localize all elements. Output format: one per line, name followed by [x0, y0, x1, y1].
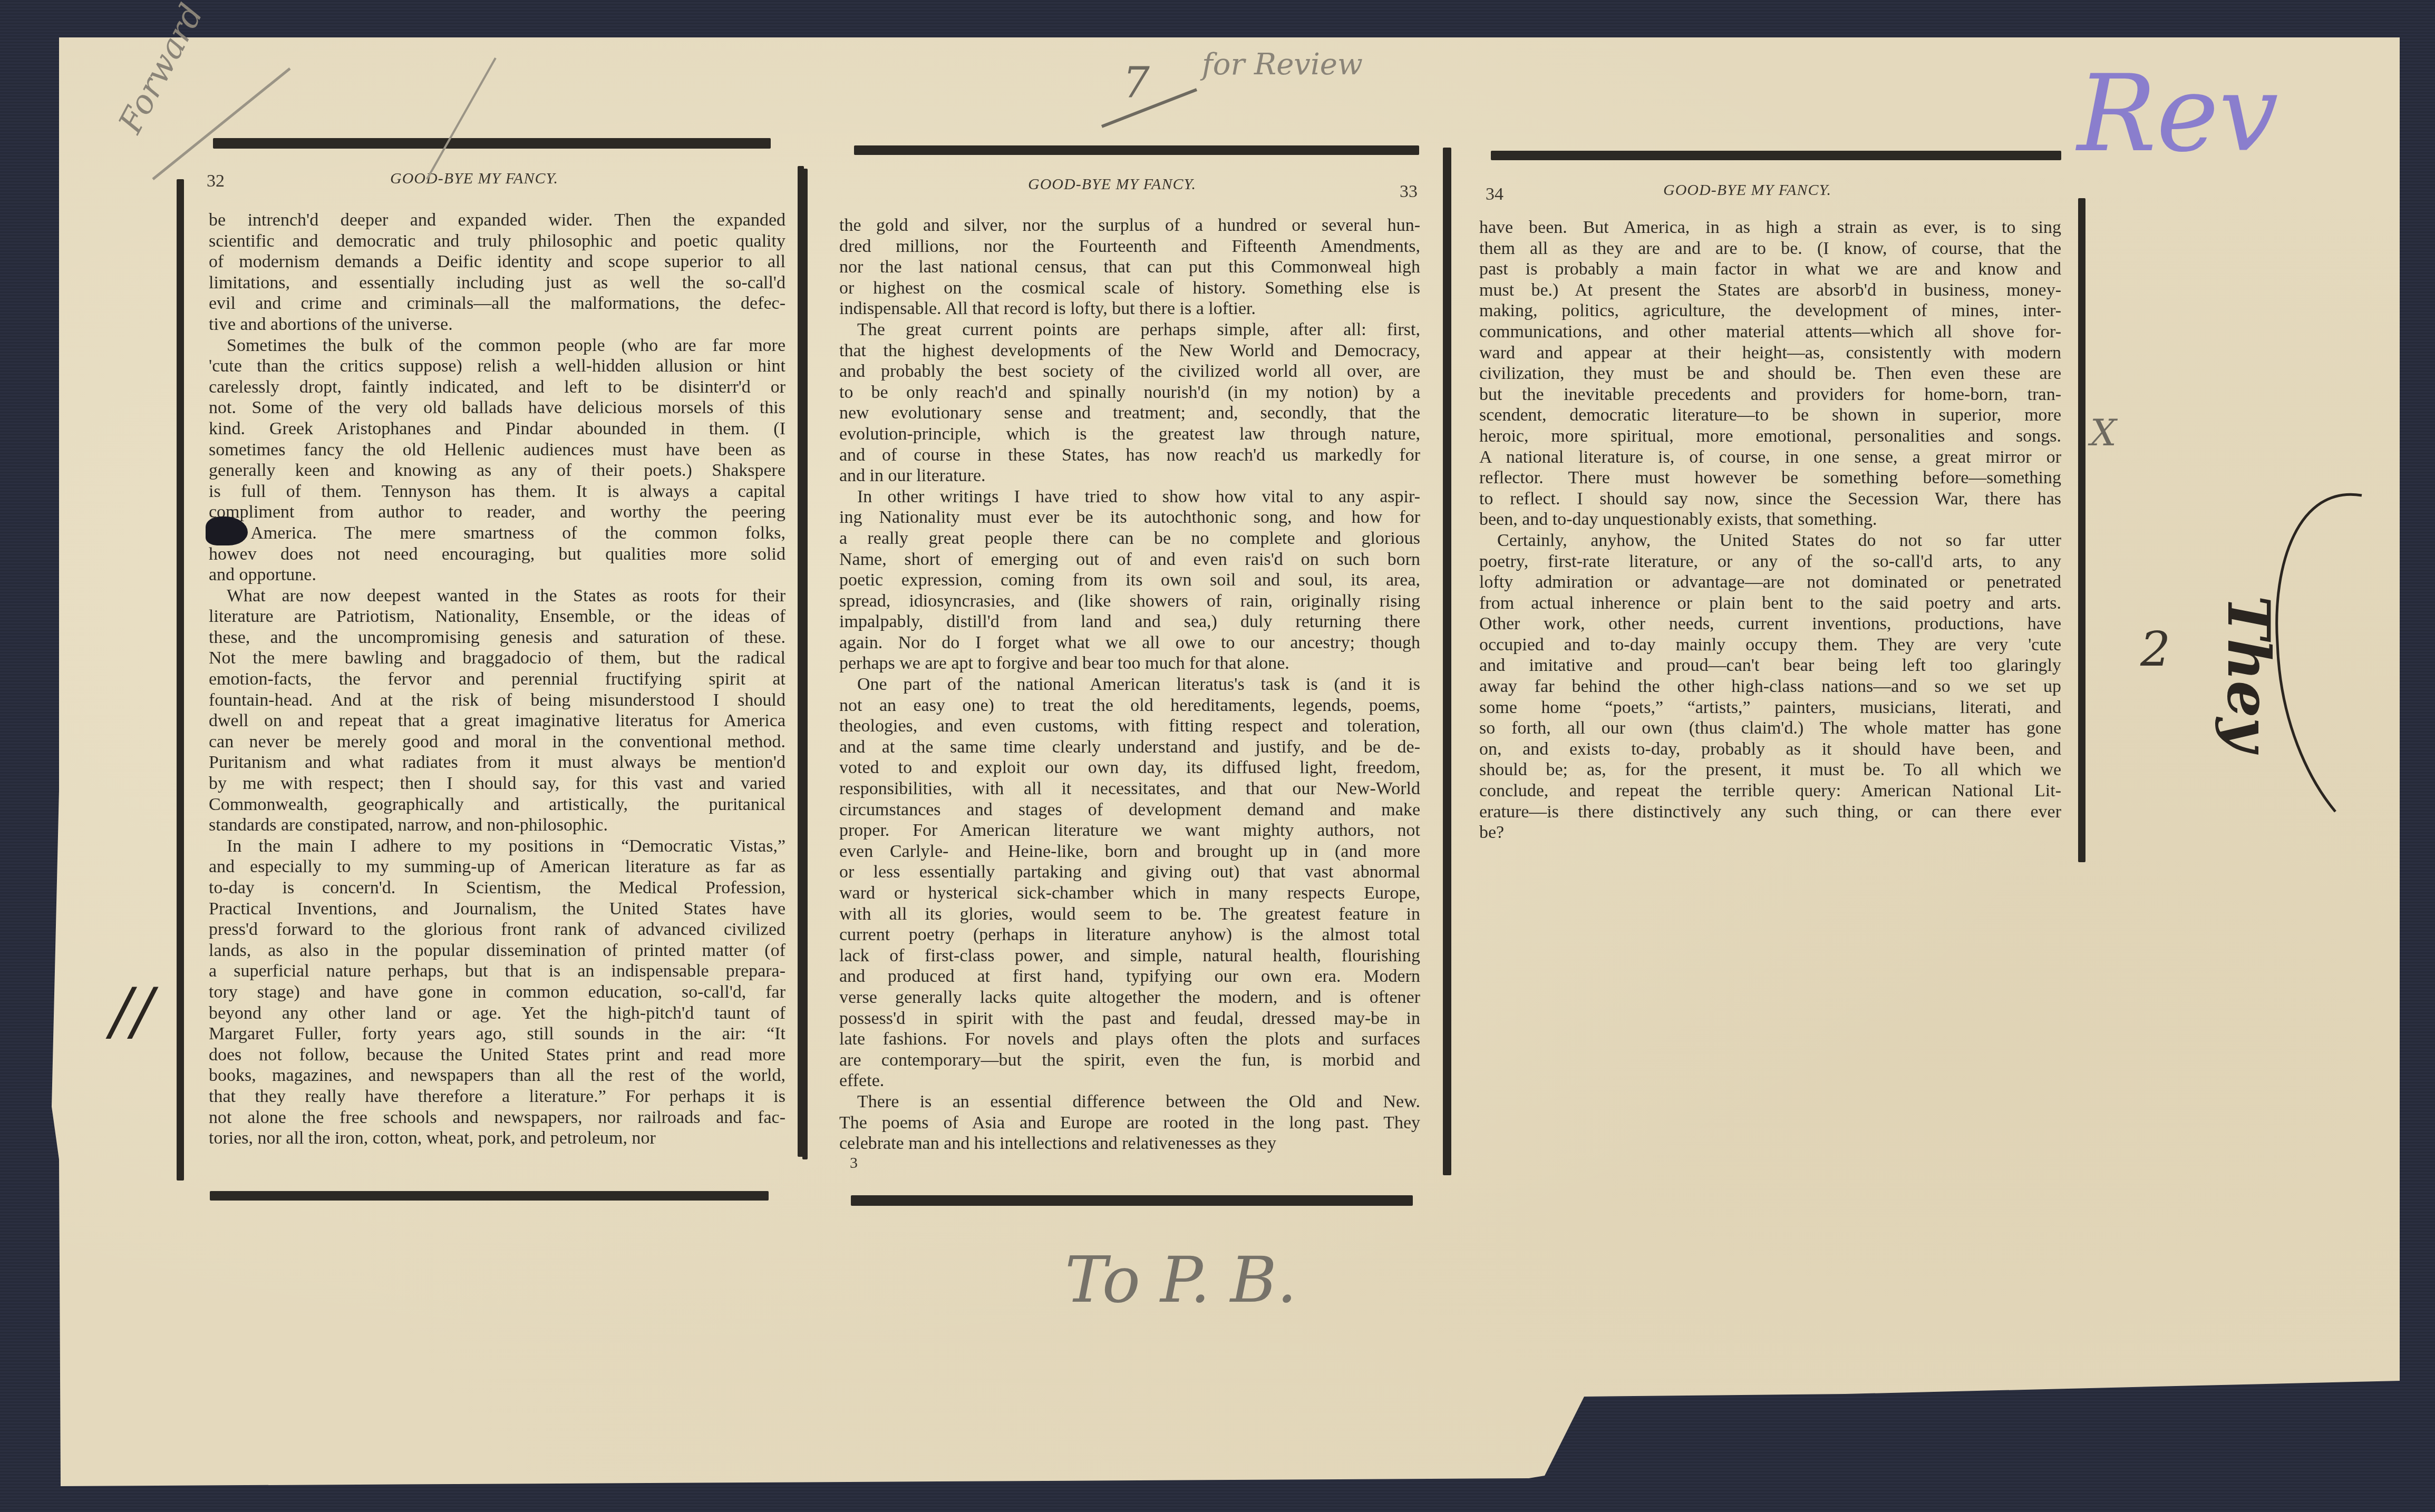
text-line: effete.: [839, 1070, 1420, 1091]
text-line: indispensable. All that record is lofty,…: [839, 298, 1420, 319]
text-line: to-day is concern'd. In Scientism, the M…: [209, 877, 785, 899]
text-line: generally keen and knowing as any of the…: [209, 460, 785, 481]
text-line: with all its glories, would seem to be. …: [839, 904, 1420, 925]
page-33-text: the gold and silver, nor the surplus of …: [839, 215, 1420, 1154]
text-line: been, and to-day unquestionably exists, …: [1479, 509, 2061, 530]
text-line: proper. For American literature we want …: [839, 820, 1420, 841]
text-line: tory stage) and have gone in common educ…: [209, 982, 785, 1003]
text-line: that the highest developments of the New…: [839, 340, 1420, 362]
paragraph: Certainly, anyhow, the United States do …: [1479, 530, 2061, 843]
text-line: howev does not need encouraging, but qua…: [209, 544, 785, 565]
text-line: and produced at first hand, typifying ou…: [839, 966, 1420, 987]
annotation-rev-blue: Rev: [2077, 53, 2278, 175]
text-line: not alone the free schools and newspaper…: [209, 1107, 785, 1128]
text-line: celebrate man and his intellections and …: [839, 1133, 1420, 1154]
text-line: In other writings I have tried to show h…: [839, 486, 1420, 508]
text-line: kind. Greek Aristophanes and Pindar abou…: [209, 418, 785, 440]
text-line: Margaret Fuller, forty years ago, still …: [209, 1023, 785, 1045]
text-line: tories, nor all the iron, cotton, wheat,…: [209, 1128, 785, 1149]
text-line: books, magazines, and newspapers than al…: [209, 1065, 785, 1086]
text-line: these, and the uncompromising genesis an…: [209, 627, 785, 648]
text-line: and probably the best society of the civ…: [839, 361, 1420, 382]
text-line: circumstances and stages of development …: [839, 799, 1420, 821]
text-line: 'cute than the critics suppose) relish a…: [209, 356, 785, 377]
text-line: the gold and silver, nor the surplus of …: [839, 215, 1420, 236]
text-line: Not the mere bawling and braggadocio of …: [209, 648, 785, 669]
text-line: press'd forward to the glorious front ra…: [209, 919, 785, 940]
rule-right-col3: [2078, 198, 2085, 862]
annotation-mark-2: 2: [2140, 622, 2170, 677]
text-line: heroic, more spiritual, more emotional, …: [1479, 426, 2061, 447]
text-line: conclude, and repeat the terrible query:…: [1479, 781, 2061, 802]
pencil-check-marks: [132, 47, 501, 184]
text-line: and at the same time clearly understand …: [839, 737, 1420, 758]
text-line: carelessly dropt, faintly indicated, and…: [209, 377, 785, 398]
text-line: and especially to my summing-up of Ameri…: [209, 856, 785, 877]
text-line: are contemporary—but the spirit, even th…: [839, 1050, 1420, 1071]
text-line: In the main I adhere to my positions in …: [209, 836, 785, 857]
text-line: dred millions, nor the Fourteenth and Fi…: [839, 236, 1420, 257]
text-line: and imitative and proud—can't bear being…: [1479, 655, 2061, 676]
text-line: tive and abortions of the universe.: [209, 314, 785, 335]
text-line: civilization, they must be and should be…: [1479, 363, 2061, 384]
text-line: emotion-facts, the fervor and perennial …: [209, 669, 785, 690]
text-line: some home “poets,” “artists,” painters, …: [1479, 697, 2061, 718]
rule-bottom-col2: [851, 1195, 1413, 1206]
text-line: sometimes fancy the old Hellenic audienc…: [209, 440, 785, 461]
text-line: current poetry (perhaps in literature an…: [839, 924, 1420, 945]
text-line: to reflect. I should say now, since the …: [1479, 489, 2061, 510]
text-line: even Carlyle- and Heine-like, born and b…: [839, 841, 1420, 862]
annotation-dash: [1097, 74, 1202, 132]
text-line: from actual inherence or plain bent to t…: [1479, 593, 2061, 614]
paragraph: In other writings I have tried to show h…: [839, 486, 1420, 674]
text-line: them all as they are and are to be. (I k…: [1479, 238, 2061, 259]
text-line: Sometimes the bulk of the common people …: [209, 335, 785, 356]
text-line: must be.) At present the States are abso…: [1479, 280, 2061, 301]
text-line: evolution-principle, which is the greate…: [839, 424, 1420, 445]
text-line: limitations, and essentially including j…: [209, 272, 785, 294]
text-line: ing Nationality must ever be its autocht…: [839, 507, 1420, 528]
text-line: perhaps we are apt to forgive and bear t…: [839, 653, 1420, 674]
text-line: impalpably, distill'd from land and sea,…: [839, 611, 1420, 632]
text-line: is full of them. Tennyson has them. It i…: [209, 481, 785, 502]
text-line: nor the last national census, that can p…: [839, 257, 1420, 278]
text-line: One part of the national American litera…: [839, 674, 1420, 695]
text-line: again. Nor do I forget what we all owe t…: [839, 632, 1420, 653]
text-line: occupied and to-day mainly occupy them. …: [1479, 635, 2061, 656]
text-line: away far behind the other high-class nat…: [1479, 676, 2061, 697]
annotation-to-pb: To P. B.: [1065, 1244, 1297, 1317]
text-line: lack of first-class power, and simple, n…: [839, 945, 1420, 967]
paragraph: There is an essential difference between…: [839, 1091, 1420, 1154]
text-line: evil and crime and criminals—all the mal…: [209, 293, 785, 314]
text-line: reflector. There must however be somethi…: [1479, 467, 2061, 489]
annotation-double-slash: //: [111, 975, 153, 1048]
paragraph: be intrench'd deeper and expanded wider.…: [209, 210, 785, 335]
text-line: should be; as, for the present, it must …: [1479, 759, 2061, 781]
text-line: ward or hysterical sick-chamber which in…: [839, 883, 1420, 904]
text-line: that they really have therefore a litera…: [209, 1086, 785, 1107]
text-line: scendent, democratic literature—to be sh…: [1479, 405, 2061, 426]
page-32-text: be intrench'd deeper and expanded wider.…: [209, 210, 785, 1149]
annotation-bracket: [2267, 485, 2372, 822]
text-line: lofty admiration or advantage—are not do…: [1479, 572, 2061, 593]
annotation-for-review: for Review: [1202, 47, 1363, 82]
paragraph: the gold and silver, nor the surplus of …: [839, 215, 1420, 319]
text-line: so forth, all our own (thus claim'd.) Th…: [1479, 718, 2061, 739]
text-line: Puritanism and what radiates from it mus…: [209, 752, 785, 773]
running-title-p33: GOOD-BYE MY FANCY.: [1028, 175, 1196, 193]
text-line: The poems of Asia and Europe are rooted …: [839, 1113, 1420, 1134]
text-line: verse generally lacks quite altogether t…: [839, 987, 1420, 1008]
text-line: standards are constipated, narrow, and n…: [209, 815, 785, 836]
text-line: voted to and exploit our own day, its di…: [839, 757, 1420, 778]
text-line: can never be merely good and moral in th…: [209, 731, 785, 753]
running-title-p34: GOOD-BYE MY FANCY.: [1663, 181, 1831, 199]
text-line: literature are Patriotism, Nationality, …: [209, 606, 785, 627]
rule-right-col2: [1443, 148, 1451, 1175]
text-line: Commonwealth, geographically and artisti…: [209, 794, 785, 815]
text-line: erature—is there distinctively any such …: [1479, 802, 2061, 823]
annotation-x-mark: X: [2090, 411, 2117, 454]
annotation-they: They: [2215, 596, 2283, 752]
text-line: What are now deepest wanted in the State…: [209, 586, 785, 607]
text-line: be?: [1479, 822, 2061, 843]
rule-left-col2: [798, 166, 804, 1157]
text-line: Certainly, anyhow, the United States do …: [1479, 530, 2061, 551]
text-line: possess'd in spirit with the past and fe…: [839, 1008, 1420, 1029]
paragraph: One part of the national American litera…: [839, 674, 1420, 1091]
text-line: new evolutionary sense and treatment; an…: [839, 403, 1420, 424]
text-line: late fashions. For novels and plays ofte…: [839, 1029, 1420, 1050]
text-line: The great current points are perhaps sim…: [839, 319, 1420, 340]
text-line: making, politics, agriculture, the devel…: [1479, 300, 2061, 321]
text-line: on, and exists to-day, probably as it sh…: [1479, 739, 2061, 760]
page-34-text: have been. But America, in as high a str…: [1479, 217, 2061, 843]
text-line: beyond any other land or age. Yet the hi…: [209, 1003, 785, 1024]
text-line: communications, and other material atten…: [1479, 321, 2061, 343]
text-line: poetic expression, coming from its own s…: [839, 570, 1420, 591]
text-line: a really great people there can be no co…: [839, 528, 1420, 549]
signature-mark: 3: [850, 1154, 858, 1172]
text-line: dwell on and repeat that a great imagina…: [209, 710, 785, 731]
rule-top-col2: [854, 145, 1419, 155]
text-line: responsibilities, with all it necessitat…: [839, 778, 1420, 799]
text-line: and of course in these States, has now r…: [839, 445, 1420, 466]
page-number-33: 33: [1400, 182, 1418, 202]
rule-bottom-col1: [210, 1191, 769, 1201]
paragraph: In the main I adhere to my positions in …: [209, 836, 785, 1149]
text-line: to be only reach'd and spinally nourish'…: [839, 382, 1420, 403]
text-line: lands, as also in the popular disseminat…: [209, 940, 785, 961]
text-line: have been. But America, in as high a str…: [1479, 217, 2061, 238]
text-line: does not follow, because the United Stat…: [209, 1045, 785, 1066]
text-line: compliment from author to reader, and wo…: [209, 502, 785, 523]
text-line: be intrench'd deeper and expanded wider.…: [209, 210, 785, 231]
paragraph: What are now deepest wanted in the State…: [209, 586, 785, 836]
text-line: of America. The mere smartness of the co…: [209, 523, 785, 544]
paragraph: The great current points are perhaps sim…: [839, 319, 1420, 486]
text-line: Other work, other needs, current inventi…: [1479, 613, 2061, 635]
text-line: and in our literature.: [839, 465, 1420, 486]
text-line: past is probably a main factor in what w…: [1479, 259, 2061, 280]
rule-top-col3: [1491, 151, 2061, 160]
text-line: poetry, first-rate literature, or any of…: [1479, 551, 2061, 572]
text-line: and opportune.: [209, 564, 785, 586]
text-line: A national literature is, of course, in …: [1479, 447, 2061, 468]
paragraph: Sometimes the bulk of the common people …: [209, 335, 785, 586]
rule-left-col1: [177, 179, 184, 1181]
text-line: a superficial nature perhaps, but that i…: [209, 961, 785, 982]
text-line: fountain-head. And at the risk of being …: [209, 690, 785, 711]
text-line: or less essentially partaking and giving…: [839, 862, 1420, 883]
text-line: Name, short of emerging out of and even …: [839, 549, 1420, 570]
text-line: not an easy one) to treat the old heredi…: [839, 695, 1420, 716]
text-line: not. Some of the very old ballads have d…: [209, 397, 785, 418]
text-line: scientific and democratic and truly phil…: [209, 231, 785, 252]
text-line: Practical Inventions, and Journalism, th…: [209, 899, 785, 920]
text-line: by me with respect; then I should say, f…: [209, 773, 785, 794]
text-line: but the inevitable precedents and provid…: [1479, 384, 2061, 405]
text-line: spread, idiosyncrasies, and (like shower…: [839, 591, 1420, 612]
text-line: There is an essential difference between…: [839, 1091, 1420, 1113]
text-line: or highest on the cosmical scale of hist…: [839, 278, 1420, 299]
text-line: ward and appear at their height—as, cons…: [1479, 343, 2061, 364]
text-line: of modernism demands a Deific identity a…: [209, 251, 785, 272]
page-number-34: 34: [1486, 184, 1503, 204]
paragraph: have been. But America, in as high a str…: [1479, 217, 2061, 530]
text-line: theologies, and even customs, with fitti…: [839, 716, 1420, 737]
